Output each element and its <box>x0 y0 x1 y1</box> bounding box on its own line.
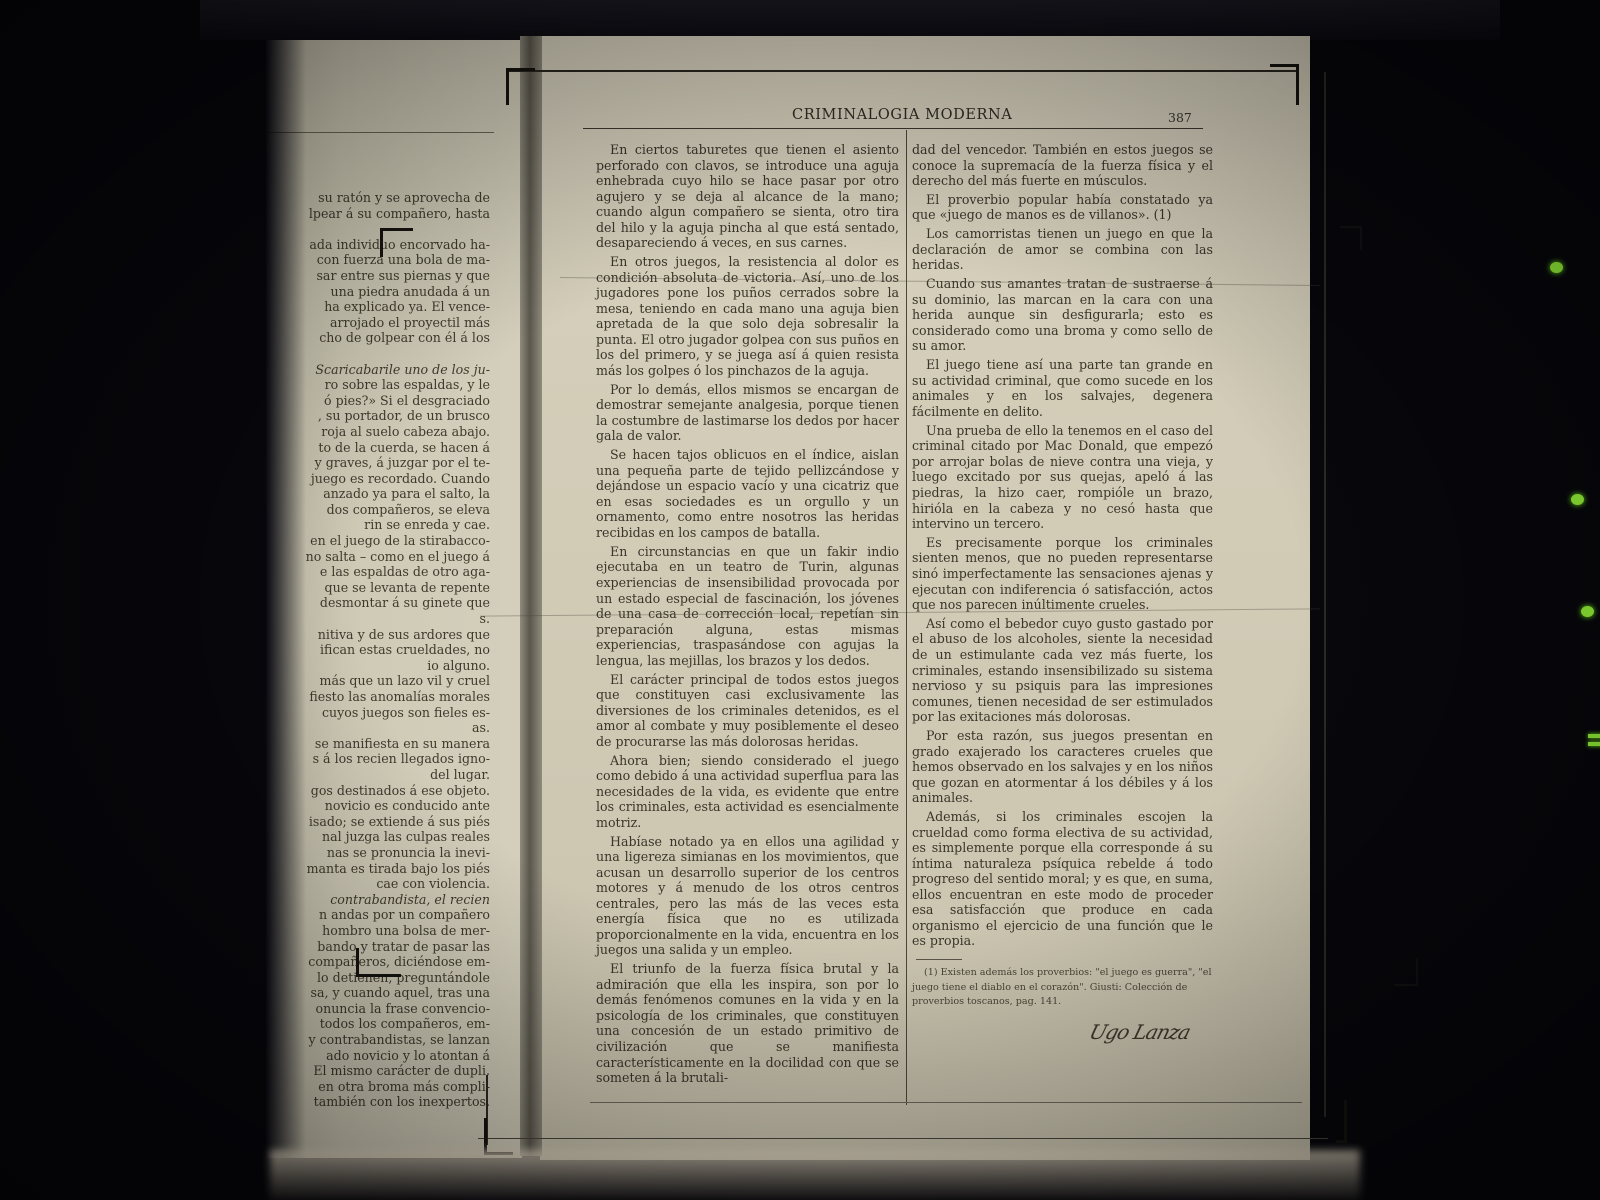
paragraph: El triunfo de la fuerza física brutal y … <box>596 961 899 1085</box>
scan-corner-mark <box>1336 1100 1347 1143</box>
status-led-icon <box>1581 606 1594 617</box>
scan-corner-mark <box>380 228 413 257</box>
scanner-lid-shadow <box>200 0 1500 40</box>
scan-corner-mark <box>506 68 535 105</box>
right-column: dad del vencedor. También en estos juego… <box>912 142 1213 1010</box>
paragraph: El proverbio popular había constatado ya… <box>912 192 1213 223</box>
paragraph: Es precisamente porque los criminales si… <box>912 535 1213 613</box>
paragraph: El juego tiene así una parte tan grande … <box>912 357 1213 419</box>
scan-corner-mark <box>356 948 401 977</box>
bottom-rule <box>590 1102 1302 1103</box>
paragraph: En ciertos taburetes que tienen el asien… <box>596 142 899 251</box>
status-led-icon <box>1550 262 1563 273</box>
scanner-light-glow <box>270 1150 1360 1200</box>
head-rule <box>583 128 1203 129</box>
status-led-icon <box>1571 494 1584 505</box>
left-shadow <box>266 40 306 1158</box>
column-rule <box>906 130 907 1105</box>
paragraph: Además, si los criminales escojen la cru… <box>912 809 1213 949</box>
scan-frame-right <box>1324 72 1326 1117</box>
paragraph: Por lo demás, ellos mismos se encargan d… <box>596 382 899 444</box>
paragraph: Una prueba de ello la tenemos en el caso… <box>912 423 1213 532</box>
handwritten-signature: Ugo Lanza <box>1087 1020 1193 1044</box>
outer-frame-mark <box>1340 226 1362 250</box>
paragraph: Habíase notado ya en ellos una agilidad … <box>596 834 899 958</box>
paragraph: En otros juegos, la resistencia al dolor… <box>596 254 899 378</box>
status-bar-icon <box>1588 734 1600 738</box>
paragraph: Ahora bien; siendo considerado el juego … <box>596 753 899 831</box>
page-number: 387 <box>1168 110 1192 125</box>
paragraph: dad del vencedor. También en estos juego… <box>912 142 1213 189</box>
paragraph: Por esta razón, sus juegos presentan en … <box>912 728 1213 806</box>
left-column: En ciertos taburetes que tienen el asien… <box>596 142 899 1089</box>
paragraph: En circunstancias en que un fakir indio … <box>596 544 899 668</box>
paragraph: Se hacen tajos oblicuos en el índice, ai… <box>596 447 899 540</box>
running-head: CRIMINALOGIA MODERNA <box>792 107 1012 123</box>
scanner-scene: su ratón y se aprovecha delpear á su com… <box>0 0 1600 1200</box>
footnote-rule <box>916 959 962 960</box>
footnote: (1) Existen además los proverbios: "el j… <box>912 966 1213 1010</box>
scan-frame-bottom <box>478 1138 1328 1139</box>
paragraph: Cuando sus amantes tratan de sustraerse … <box>912 276 1213 354</box>
status-bar-icon <box>1588 742 1600 746</box>
paragraph: Así como el bebedor cuyo gusto gastado p… <box>912 616 1213 725</box>
outer-frame-mark <box>1394 958 1418 986</box>
paragraph: El carácter principal de todos estos jue… <box>596 672 899 750</box>
left-facing-page: su ratón y se aprovecha delpear á su com… <box>266 40 522 1158</box>
scan-corner-mark <box>1270 64 1299 105</box>
paragraph: Los camorristas tienen un juego en que l… <box>912 226 1213 273</box>
